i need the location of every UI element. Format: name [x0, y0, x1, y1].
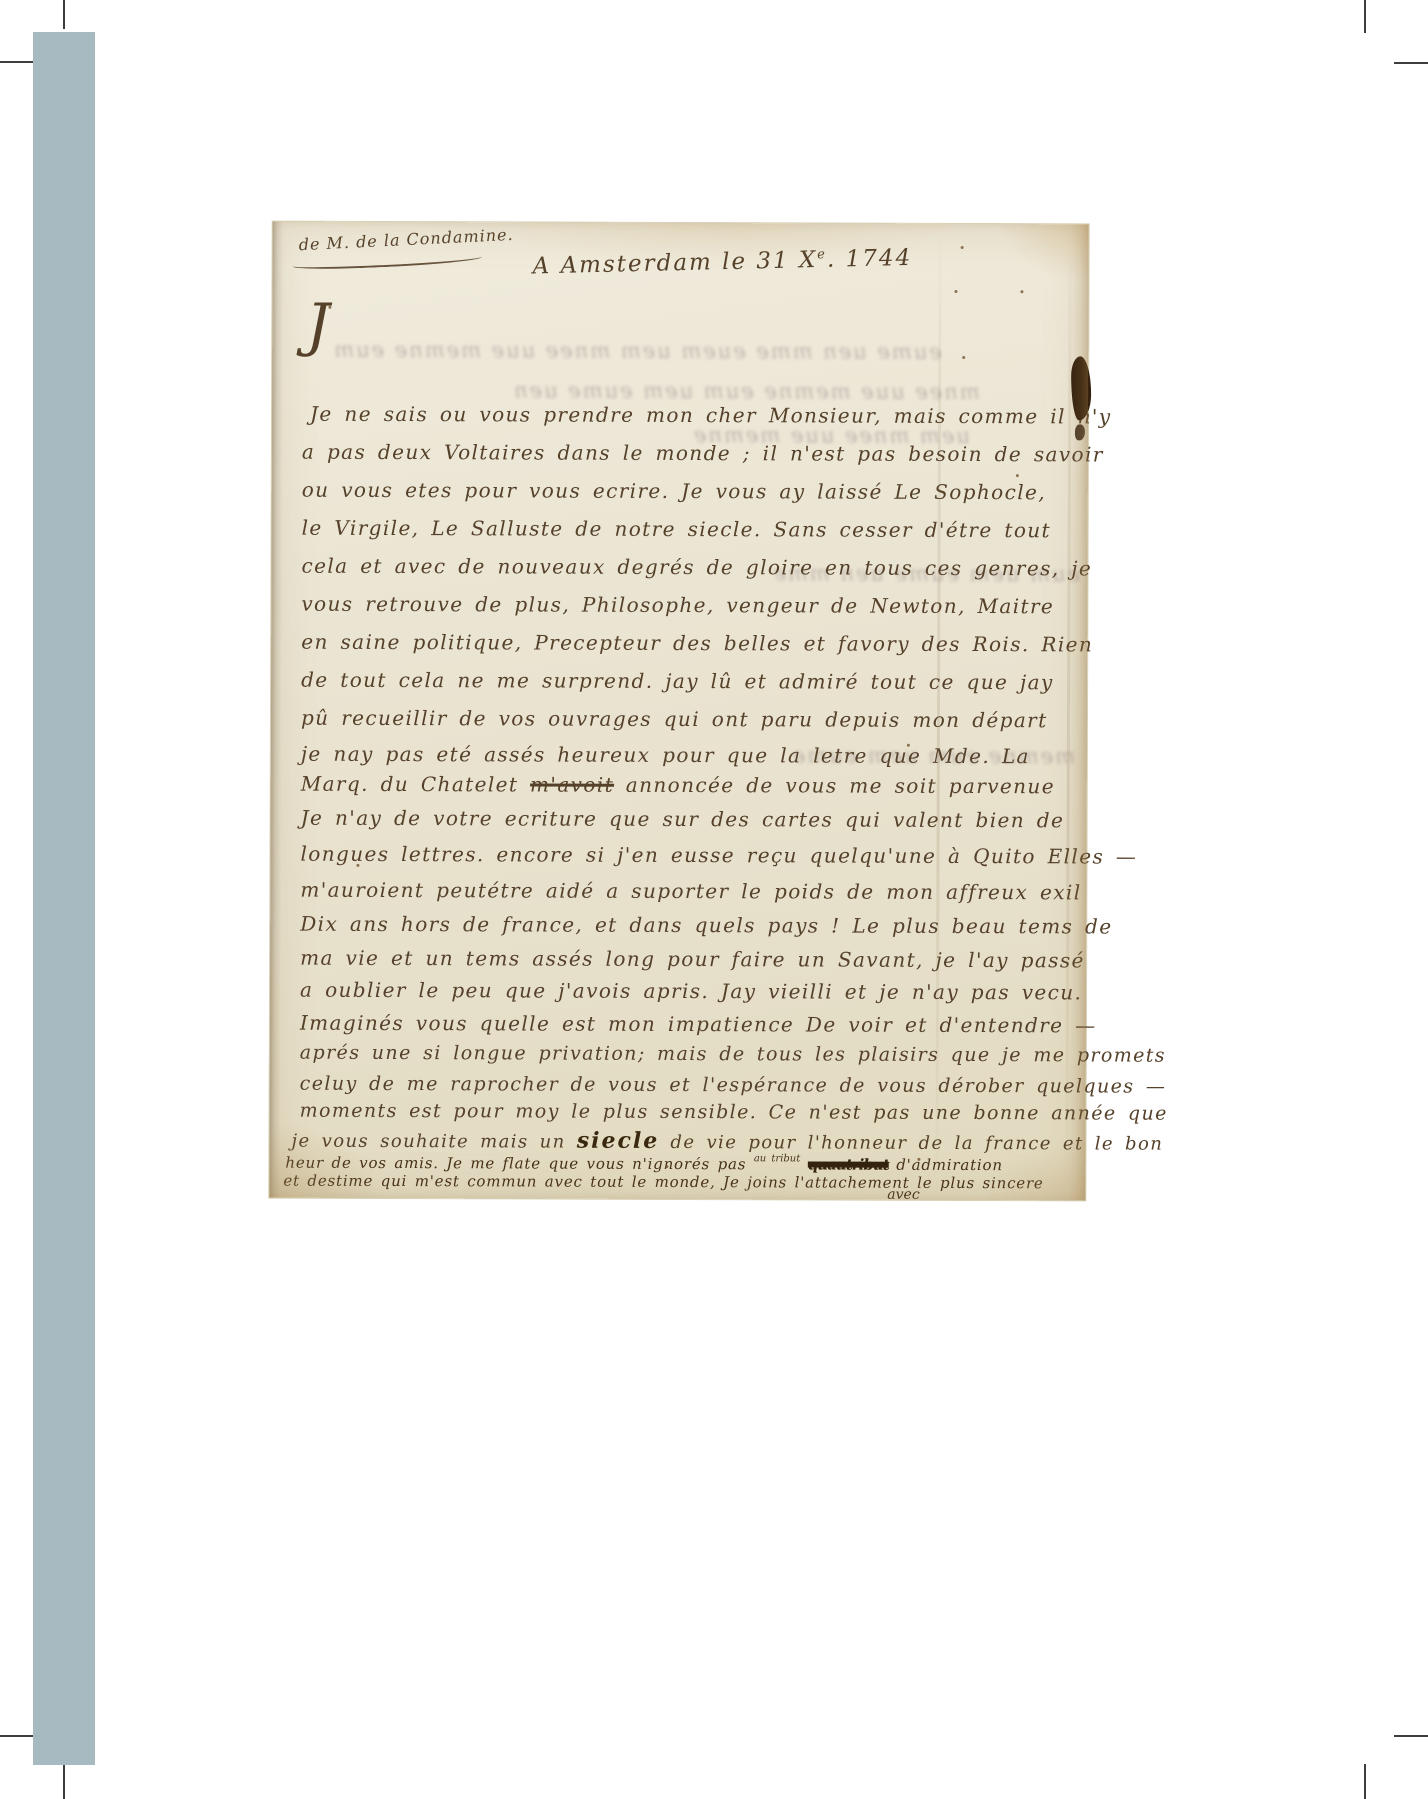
manuscript-line: cela et avec de nouveaux degrés de gloir…: [301, 554, 1092, 581]
foxing-dot: [961, 246, 964, 249]
manuscript-line: ou vous etes pour vous ecrire. Je vous a…: [302, 478, 1046, 505]
foxing-dot: [356, 864, 359, 867]
foxing-dot: [917, 1158, 920, 1161]
manuscript-initial: J: [306, 296, 329, 354]
crop-mark-top-left-horizontal: [0, 61, 34, 63]
bleed-through-text: eume uen mme euem uem mnee uue memne eum: [332, 338, 942, 364]
foxing-dot: [1016, 474, 1019, 477]
line-segment: heur de vos amis. Je me flate que vous n…: [285, 1154, 753, 1174]
line-segment: annoncée de vous me soit parvenue: [614, 773, 1055, 799]
interlinear-insertion: au tribut: [754, 1153, 800, 1164]
dateline-year: . 1744: [827, 245, 913, 273]
manuscript-line: le Virgile, Le Salluste de notre siecle.…: [302, 516, 1051, 543]
manuscript-line: de tout cela ne me surprend. jay lû et a…: [301, 668, 1054, 695]
archivist-annotation: de M. de la Condamine.: [298, 225, 514, 254]
crop-mark-bottom-right-vertical: [1364, 1764, 1366, 1799]
line-segment: d'admiration: [889, 1156, 1003, 1174]
book-page: eume uen mme euem uem mnee uue memne eum…: [0, 0, 1428, 1799]
manuscript-line: heur de vos amis. Je me flate que vous n…: [285, 1152, 1002, 1175]
emphasized-word: siecle: [577, 1128, 660, 1154]
manuscript-line: Imaginés vous quelle est mon impatience …: [300, 1011, 1097, 1038]
struck-word: m'avoit: [530, 772, 614, 796]
manuscript-line: celuy de me raprocher de vous et l'espér…: [300, 1073, 1167, 1099]
manuscript-line: Je ne sais ou vous prendre mon cher Mons…: [310, 402, 1112, 429]
ink-blot: [1071, 356, 1091, 420]
foxing-dot: [954, 290, 957, 293]
manuscript-line: en saine politique, Precepteur des belle…: [301, 630, 1093, 657]
crop-mark-bottom-left-vertical: [63, 1764, 65, 1799]
crop-mark-bottom-left-horizontal: [0, 1735, 34, 1737]
annotation-underline: [292, 252, 482, 271]
foxing-dot: [962, 356, 965, 359]
struck-word: quautribut: [808, 1155, 889, 1173]
manuscript-line: longues lettres. encore si j'en eusse re…: [300, 842, 1137, 869]
foxing-dot: [328, 306, 331, 309]
manuscript-line: aprés une si longue privation; mais de t…: [300, 1042, 1166, 1068]
bleed-through-text: mnee uue memne eum uem eume uen: [512, 378, 980, 404]
dateline-text: A Amsterdam le 31 X: [532, 247, 817, 279]
manuscript-line: je nay pas eté assés heureux pour que la…: [301, 742, 1030, 769]
crop-mark-top-right-vertical: [1364, 0, 1366, 33]
manuscript-line: Dix ans hors de france, et dans quels pa…: [300, 912, 1112, 939]
manuscript-line: m'auroient peutétre aidé a suporter le p…: [300, 878, 1081, 905]
dateline: A Amsterdam le 31 Xe. 1744: [532, 245, 912, 280]
manuscript-line: ma vie et un tems assés long pour faire …: [300, 946, 1085, 973]
line-segment: je vous souhaite mais un: [291, 1131, 576, 1153]
manuscript-line: moments est pour moy le plus sensible. C…: [300, 1100, 1168, 1126]
ink-blot: [1075, 424, 1085, 440]
line-segment: de vie pour l'honneur de la france et le…: [659, 1132, 1163, 1155]
crop-mark-top-left-vertical: [63, 0, 65, 29]
foxing-dot: [907, 744, 910, 747]
manuscript-line: et destime qui m'est commun avec tout le…: [283, 1172, 1043, 1193]
manuscript-line: a pas deux Voltaires dans le monde ; il …: [302, 440, 1104, 467]
line-segment: Marq. du Chatelet: [301, 772, 530, 797]
crop-mark-top-right-horizontal: [1394, 62, 1428, 64]
accent-bar: [33, 32, 95, 1765]
manuscript-line: Je n'ay de votre ecriture que sur des ca…: [301, 806, 1065, 833]
manuscript-line: Marq. du Chatelet m'avoit annoncée de vo…: [301, 772, 1055, 799]
foxing-dot: [1020, 290, 1023, 293]
manuscript-line: vous retrouve de plus, Philosophe, venge…: [301, 592, 1054, 619]
letter-photograph: eume uen mme euem uem mnee uue memne eum…: [268, 221, 1089, 1202]
manuscript-line: pû recueillir de vos ouvrages qui ont pa…: [301, 706, 1048, 733]
manuscript-line: a oublier le peu que j'avois apris. Jay …: [300, 978, 1082, 1005]
catchword: avec: [887, 1187, 919, 1203]
foxing-dot: [665, 1165, 668, 1168]
crop-mark-bottom-right-horizontal: [1394, 1735, 1428, 1737]
